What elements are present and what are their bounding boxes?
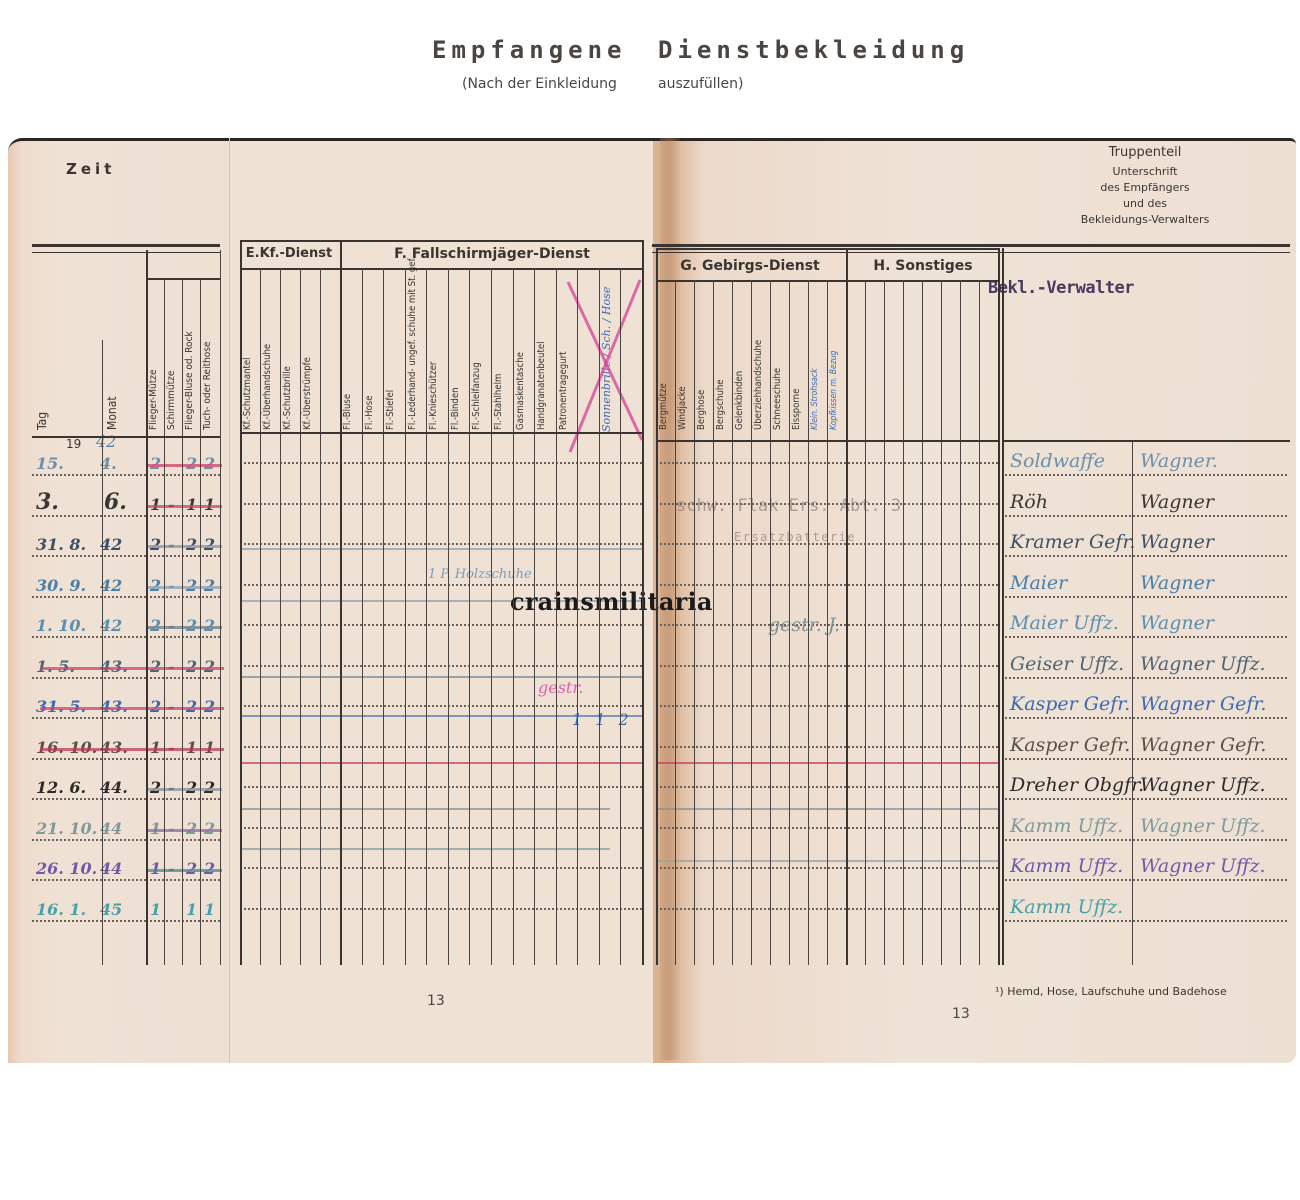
header-bottom-rule (1002, 440, 1290, 442)
zeit-label: Zeit (66, 160, 115, 178)
grey-signature: gestr. J. (768, 614, 840, 636)
column-rule (884, 280, 885, 965)
group-rule (846, 248, 998, 250)
row-dotline (146, 515, 220, 517)
entry-tag: 31. 8. (36, 535, 86, 554)
row-dotline (1002, 636, 1287, 638)
item-header: Fl.-Knieschützer (429, 276, 439, 430)
group-h-header: H. Sonstiges (848, 258, 998, 274)
header-bottom-rule (240, 432, 642, 434)
entry-qty: 1 (186, 900, 197, 919)
row-dotline (1002, 474, 1287, 476)
administrator-signature: Wagner Uffz. (1140, 774, 1266, 796)
column-rule (922, 280, 923, 965)
group-g-header: G. Gebirgs-Dienst (654, 258, 846, 274)
subtitle-left: (Nach der Einkleidung (462, 76, 617, 92)
truppenteil-line-1: Unterschrift (1000, 164, 1290, 180)
row-dotline (146, 920, 220, 922)
entry-monat: 42 (100, 535, 122, 554)
row-dotline (32, 798, 146, 800)
item-header: Fl.-Lederhand- ungef. schuhe mit St. gef… (408, 276, 418, 430)
receiver-signature: Maier (1010, 572, 1067, 594)
row-dotline (146, 879, 220, 881)
row-dotline (146, 717, 220, 719)
page-number-right: 13 (952, 1006, 970, 1022)
item-header: Fl.-Stiefel (386, 276, 396, 430)
column-rule (827, 280, 828, 965)
receiver-signature: Soldwaffe (1010, 450, 1105, 472)
table-rule (200, 278, 201, 965)
footnote: ¹) Hemd, Hose, Laufschuhe und Badehose (995, 985, 1227, 998)
item-header: Fl.-Bluse (343, 276, 353, 430)
item-header: Berghose (697, 288, 707, 430)
column-rule (448, 268, 449, 965)
group-rule (240, 268, 340, 270)
column-rule (789, 280, 790, 965)
table-rule (182, 278, 183, 965)
entry-tag: 26. 10. (36, 859, 97, 878)
item-header: Bergmütze (659, 288, 669, 430)
item-header: Gelenkbinden (735, 288, 745, 430)
column-rule (979, 280, 980, 965)
entry-monat: 45 (100, 900, 122, 919)
item-header: Kopfkissen m. Bezug (830, 288, 839, 430)
column-rule (362, 268, 363, 965)
row-dotline (146, 839, 220, 841)
administrator-signature: Wagner (1140, 572, 1214, 594)
item-header: Gasmaskentasche (516, 276, 526, 430)
entry-monat: 44 (100, 819, 122, 838)
column-rule (260, 268, 261, 965)
row-dotline (32, 920, 146, 922)
column-rule (732, 280, 733, 965)
entry-monat: 44 (100, 859, 122, 878)
row-dotline (1002, 555, 1287, 557)
column-rule (577, 268, 578, 965)
year-handwritten: 42 (96, 432, 116, 451)
item-header: Fl.-Hose (365, 276, 375, 430)
administrator-signature: Wagner Uffz. (1140, 815, 1266, 837)
item-header: Kf.-Überstrümpfe (303, 276, 313, 430)
monat-label: Monat (106, 360, 119, 430)
item-header: Schirmmütze (167, 290, 178, 430)
item-header: Kf.-Schutzbrille (283, 276, 293, 430)
table-rule (164, 278, 165, 965)
item-header: Kf.-Überhandschuhe (263, 276, 273, 430)
group-f-header: F. Fallschirmjäger-Dienst (342, 246, 642, 262)
item-header: Patronentragegurt (559, 276, 569, 430)
row-dotline (1002, 717, 1287, 719)
row-dotline (146, 555, 220, 557)
right-page (653, 138, 1296, 1063)
item-header: Fl.-Binden (451, 276, 461, 430)
group-rule (240, 240, 340, 242)
row-dotline (1002, 677, 1287, 679)
strike-through (146, 788, 222, 791)
page-number-left: 13 (427, 993, 445, 1009)
item-header: Flieger-Bluse od. Rock (185, 290, 196, 430)
row-dotline (1002, 798, 1287, 800)
row-dotline (32, 636, 146, 638)
strike-through (146, 464, 222, 467)
watermark: crainsmilitaria (510, 587, 713, 616)
row-dotline (32, 474, 146, 476)
entry-tag: 16. 1. (36, 900, 86, 919)
group-rule (656, 248, 658, 965)
column-rule (620, 268, 621, 965)
column-rule (300, 268, 301, 965)
column-rule (903, 280, 904, 965)
group-rule (642, 240, 644, 965)
table-rule (146, 250, 148, 965)
entry-tag: 1. 10. (36, 616, 86, 635)
strike-through (40, 707, 224, 710)
entry-monat: 44. (100, 778, 128, 797)
column-rule (808, 280, 809, 965)
group-rule (846, 248, 848, 965)
entry-monat: 42 (100, 576, 122, 595)
group-rule (240, 240, 242, 965)
column-rule (426, 268, 427, 965)
entry-tag: 3. (36, 489, 59, 515)
column-rule (941, 280, 942, 965)
group-rule (1002, 248, 1004, 965)
item-header: Fl.-Schleifanzug (472, 276, 482, 430)
truppenteil-title: Truppenteil (1000, 145, 1290, 160)
row-dotline (1002, 515, 1287, 517)
table-rule (146, 278, 220, 280)
receiver-signature: Kasper Gefr. (1010, 734, 1130, 756)
tag-label: Tag (36, 380, 49, 430)
column-rule (534, 268, 535, 965)
row-dotline (32, 717, 146, 719)
administrator-signature: Wagner. (1140, 450, 1218, 472)
row-dotline (146, 677, 220, 679)
truppenteil-line-4: Bekleidungs-Verwalters (1000, 212, 1290, 228)
row-dotline (32, 677, 146, 679)
administrator-signature: Wagner Gefr. (1140, 734, 1266, 756)
row-dotline (32, 515, 146, 517)
column-rule (694, 280, 695, 965)
administrator-signature: Wagner (1140, 612, 1214, 634)
strike-through (146, 505, 222, 508)
administrator-signature: Wagner (1140, 491, 1214, 513)
column-rule (383, 268, 384, 965)
strike-through (146, 829, 222, 832)
holzschuhe-note: 1 P. Holzschuhe (428, 567, 532, 582)
receiver-signature: Kamm Uffz. (1010, 855, 1123, 877)
entry-monat: 42 (100, 616, 122, 635)
receiver-signature: Kamm Uffz. (1010, 815, 1123, 837)
item-header: Klein. Strohsack (811, 288, 820, 430)
receiver-signature: Röh (1010, 491, 1048, 513)
group-rule (656, 248, 846, 250)
item-header: Eissporne (792, 288, 802, 430)
item-header: Handgranatenbeutel (537, 276, 547, 430)
column-rule (469, 268, 470, 965)
row-dotline (32, 555, 146, 557)
row-dotline (32, 839, 146, 841)
row-dotline (32, 596, 146, 598)
item-header: Flieger-Mütze (149, 290, 160, 430)
subtitle-right: auszufüllen) (658, 76, 744, 92)
row-dotline (146, 758, 220, 760)
header-bottom-rule (656, 440, 998, 442)
column-rule (556, 268, 557, 965)
column-rule (320, 268, 321, 965)
administrator-signature: Wagner Uffz. (1140, 855, 1266, 877)
entry-qty: 1 (150, 900, 161, 919)
signature-divider (1132, 440, 1133, 965)
column-rule (713, 280, 714, 965)
column-rule (599, 268, 600, 965)
item-header: Fl.-Stahlhelm (494, 276, 504, 430)
pink-qty: 1 1 2 (572, 710, 633, 729)
top-rule-left (32, 244, 220, 253)
column-rule (675, 280, 676, 965)
group-rule (340, 240, 342, 965)
entry-qty: 1 (204, 900, 215, 919)
header-bottom-rule (32, 436, 220, 438)
row-dotline (32, 758, 146, 760)
item-header: Tuch- oder Reithose (203, 290, 214, 430)
strike-through (40, 748, 224, 751)
item-header: Kf.-Schutzmantel (243, 276, 253, 430)
title-right: Dienstbekleidung (658, 36, 969, 64)
column-rule (751, 280, 752, 965)
truppenteil-header: Truppenteil Unterschrift des Empfängers … (1000, 145, 1290, 228)
title-left: Empfangene (432, 36, 627, 64)
table-rule (220, 250, 221, 965)
ink-line (240, 848, 610, 850)
receiver-signature: Dreher Obgfr. (1010, 774, 1144, 796)
strike-through (146, 869, 222, 872)
entry-tag: 15. (36, 454, 64, 473)
entry-monat: 6. (104, 489, 127, 515)
item-header: Bergschuhe (716, 288, 726, 430)
receiver-signature: Geiser Uffz. (1010, 653, 1124, 675)
column-rule (280, 268, 281, 965)
entry-tag: 12. 6. (36, 778, 86, 797)
column-rule (491, 268, 492, 965)
item-header: Windjacke (678, 288, 688, 430)
truppenteil-line-2: des Empfängers (1000, 180, 1290, 196)
receiver-signature: Kramer Gefr. (1010, 531, 1135, 553)
row-dotline (32, 879, 146, 881)
bekl-verwalter-stamp: Bekl.-Verwalter (988, 278, 1134, 298)
administrator-signature: Wagner Uffz. (1140, 653, 1266, 675)
strike-through (146, 586, 222, 589)
receiver-signature: Maier Uffz. (1010, 612, 1119, 634)
group-e-header: E.Kf.-Dienst (240, 246, 338, 261)
truppenteil-line-3: und des (1000, 196, 1290, 212)
row-dotline (1002, 839, 1287, 841)
row-dotline (146, 474, 220, 476)
group-rule (998, 248, 1000, 965)
entry-tag: 30. 9. (36, 576, 86, 595)
column-rule (960, 280, 961, 965)
row-dotline (1002, 879, 1287, 881)
row-dotline (146, 798, 220, 800)
receiver-signature: Kasper Gefr. (1010, 693, 1130, 715)
group-rule (340, 240, 642, 242)
strike-through (146, 545, 222, 548)
row-dotline (1002, 596, 1287, 598)
item-header: Schneeschuhe (773, 288, 783, 430)
unit-stamp-sub: Ersatzbatterie (734, 530, 856, 544)
entry-tag: 21. 10. (36, 819, 97, 838)
strike-through (40, 667, 224, 670)
receiver-signature: Kamm Uffz. (1010, 896, 1123, 918)
row-dotline (1002, 920, 1287, 922)
column-rule (405, 268, 406, 965)
strike-through (146, 626, 222, 629)
administrator-signature: Wagner (1140, 531, 1214, 553)
row-dotline (146, 636, 220, 638)
row-dotline (146, 596, 220, 598)
column-rule (770, 280, 771, 965)
table-rule (102, 340, 103, 965)
row-dotline (1002, 758, 1287, 760)
ink-line (240, 808, 610, 810)
column-rule (865, 280, 866, 965)
column-rule (513, 268, 514, 965)
item-header: Überziehhandschuhe (754, 288, 764, 430)
administrator-signature: Wagner Gefr. (1140, 693, 1266, 715)
year-prefix: 19 (66, 437, 81, 451)
